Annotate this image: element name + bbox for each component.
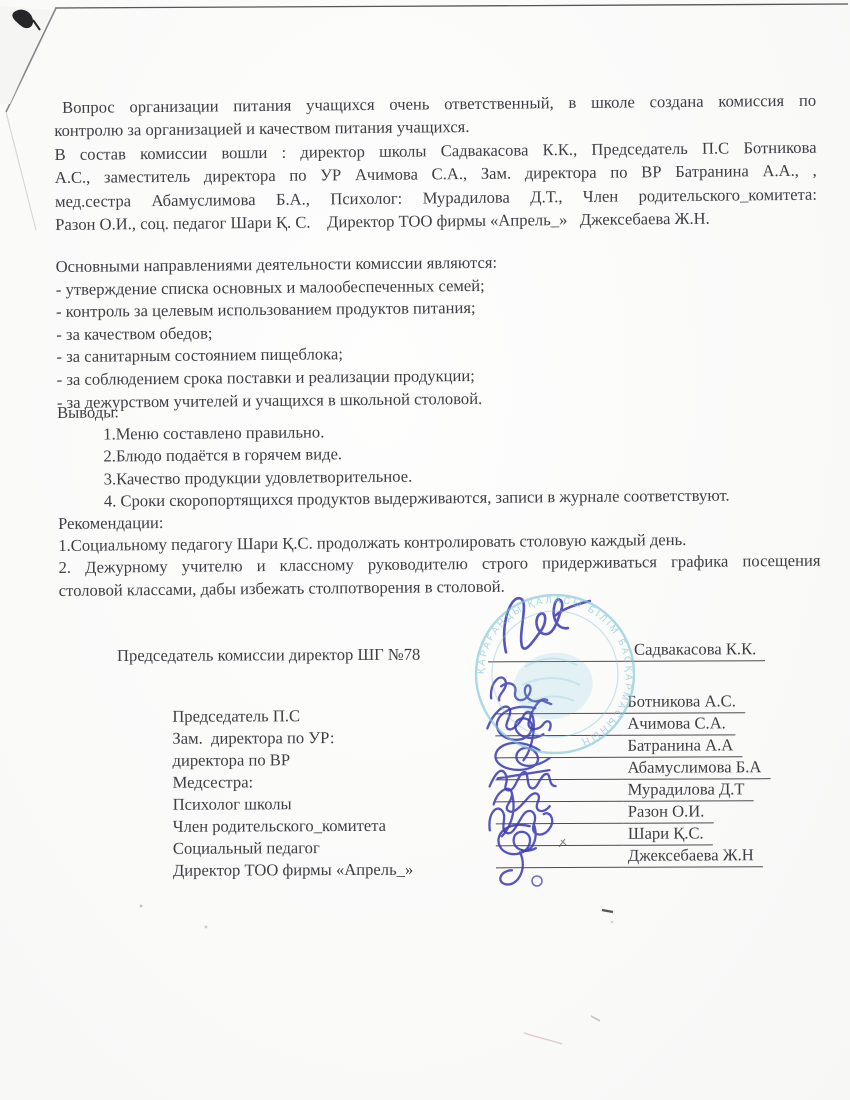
signatory-name: Батранина А.А — [623, 735, 742, 758]
speck — [205, 926, 208, 929]
speck — [140, 905, 143, 908]
signatory-name: Ботникова А.С. — [623, 691, 745, 714]
fold-crease-line — [6, 112, 36, 230]
sign-area: Шари Қ.С. — [496, 823, 713, 846]
signatory-label: Медсестра: — [173, 772, 254, 791]
signature-line — [496, 828, 624, 847]
signatory-name: Абамуслимова Б.А — [623, 757, 770, 780]
signature-head-label: Председатель комиссии директор ШГ №78 — [117, 645, 420, 665]
signatory-name: Шари Қ.С. — [624, 823, 713, 845]
sign-area: Джексебаева Ж.Н — [496, 845, 763, 868]
page-top-edge-line — [55, 4, 848, 8]
signatory-label: Зам. директора по УР: — [172, 728, 334, 748]
faint-smudge — [591, 1016, 600, 1021]
signatory-name: Разон О.И. — [624, 801, 714, 823]
scanned-document-page: Вопрос организации питания учащихся очен… — [0, 0, 850, 1100]
signature-line — [495, 762, 623, 781]
signature-line — [496, 850, 624, 869]
official-stamp: ҚАРАҒАНДЫ ҚАЛАСЫ БІЛІМ БАСҚАРМАСЫНЫҢ — [470, 589, 640, 759]
signature-line — [496, 784, 624, 803]
signatory-label: директора по ВР — [172, 750, 290, 770]
signature-section: Председатель комиссии директор ШГ №78 Са… — [0, 0, 847, 1]
signature-head-row: Председатель комиссии директор ШГ №78 Са… — [117, 643, 797, 676]
sign-area: Мурадилова Д.Т — [496, 779, 754, 802]
signatory-label: Член родительского_комитета — [173, 816, 386, 836]
directions-section: Основными направлениями деятельности ком… — [56, 249, 819, 414]
signatory-label: Психолог школы — [173, 794, 292, 814]
signatory-label: Директор ТОО фирмы «Апрель_» — [173, 860, 413, 880]
sign-area: Разон О.И. — [496, 801, 714, 824]
faint-pink-scratch — [524, 1033, 562, 1044]
signatory-label: Председатель П.С — [172, 706, 300, 726]
signatory-name: Садвакасова К.К. — [630, 639, 765, 662]
corner-fold-line — [6, 8, 56, 112]
signature-line — [496, 806, 624, 825]
speck — [611, 921, 614, 924]
signatory-row: Член родительского_комитета Разон О.И. — [173, 814, 813, 839]
signatory-name: Мурадилова Д.Т — [624, 779, 754, 802]
conclusions-section: Выводы: 1.Меню составлено правильно. 2.Б… — [57, 395, 821, 602]
signatory-row: Психолог школы Мурадилова Д.Т — [173, 792, 813, 817]
document-body: Вопрос организации питания учащихся очен… — [0, 0, 849, 1]
signatory-name: Джексебаева Ж.Н — [624, 845, 763, 868]
folded-corner — [0, 6, 52, 104]
corner-ink-blob-tail — [33, 20, 40, 30]
corner-ink-blob — [12, 10, 33, 29]
intro-paragraphs: Вопрос организации питания учащихся очен… — [54, 89, 817, 237]
small-dash-mark — [602, 910, 613, 912]
sign-area: Абамуслимова Б.А — [495, 757, 770, 780]
signatory-name: Ачимова С.А. — [623, 713, 735, 735]
signatory-row: Директор ТОО фирмы «Апрель_» Джексебаева… — [173, 858, 813, 883]
signatory-label: Социальный педагог — [173, 838, 320, 858]
